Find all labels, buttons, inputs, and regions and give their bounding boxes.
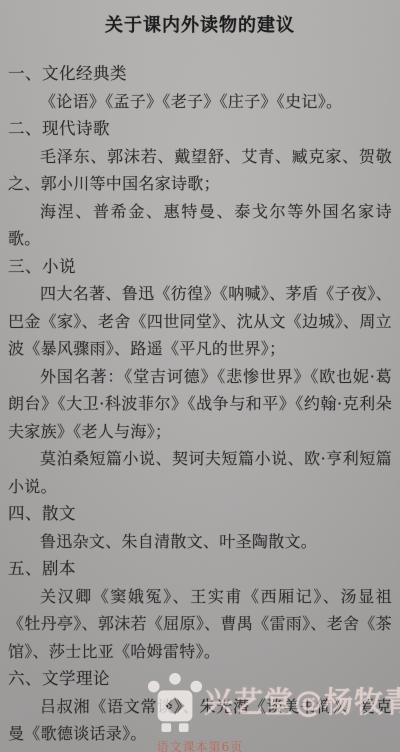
section-heading: 一、文化经典类 [8, 60, 392, 88]
reading-category-section: 二、现代诗歌 毛泽东、郭沫若、戴望舒、艾青、臧克家、贺敬之、郭小川等中国名家诗歌… [8, 115, 392, 253]
section-heading: 四、散文 [8, 500, 392, 528]
section-paragraph: 莫泊桑短篇小说、契诃夫短篇小说、欧·亨利短篇小说。 [8, 445, 392, 500]
section-paragraph: 鲁迅杂文、朱自清散文、叶圣陶散文。 [8, 528, 392, 556]
document-page: 关于课内外读物的建议 一、文化经典类 《论语》《孟子》《老子》《庄子》《史记》。… [0, 0, 400, 752]
section-paragraph: 海涅、普希金、惠特曼、泰戈尔等外国名家诗歌。 [8, 198, 392, 253]
reading-category-section: 四、散文 鲁迅杂文、朱自清散文、叶圣陶散文。 [8, 500, 392, 555]
reading-category-section: 五、剧本 关汉卿《窦娥冤》、王实甫《西厢记》、汤显祖《牡丹亭》、郭沫若《屈原》、… [8, 555, 392, 665]
reading-category-section: 六、文学理论 吕叔湘《语文常谈》、朱光潜《谈美书简》、爱克曼《歌德谈话录》。 [8, 665, 392, 748]
sections-container: 一、文化经典类 《论语》《孟子》《老子》《庄子》《史记》。 二、现代诗歌 毛泽东… [8, 60, 392, 748]
section-heading: 二、现代诗歌 [8, 115, 392, 143]
section-heading: 三、小说 [8, 253, 392, 281]
section-paragraph: 毛泽东、郭沫若、戴望舒、艾青、臧克家、贺敬之、郭小川等中国名家诗歌； [8, 143, 392, 198]
reading-category-section: 一、文化经典类 《论语》《孟子》《老子》《庄子》《史记》。 [8, 60, 392, 115]
section-paragraph: 四大名著、鲁迅《彷徨》《呐喊》、茅盾《子夜》、巴金《家》、老舍《四世同堂》、沈从… [8, 280, 392, 363]
section-paragraph: 《论语》《孟子》《老子》《庄子》《史记》。 [8, 88, 392, 116]
section-heading: 五、剧本 [8, 555, 392, 583]
section-heading: 六、文学理论 [8, 665, 392, 693]
footer-caption: 语文课本第6页 [0, 739, 400, 752]
page-title: 关于课内外读物的建议 [8, 13, 392, 39]
section-paragraph: 关汉卿《窦娥冤》、王实甫《西厢记》、汤显祖《牡丹亭》、郭沫若《屈原》、曹禺《雷雨… [8, 583, 392, 666]
reading-category-section: 三、小说 四大名著、鲁迅《彷徨》《呐喊》、茅盾《子夜》、巴金《家》、老舍《四世同… [8, 253, 392, 501]
section-paragraph: 外国名著：《堂吉诃德》《悲惨世界》《欧也妮·葛朗台》《大卫·科波菲尔》《战争与和… [8, 363, 392, 446]
